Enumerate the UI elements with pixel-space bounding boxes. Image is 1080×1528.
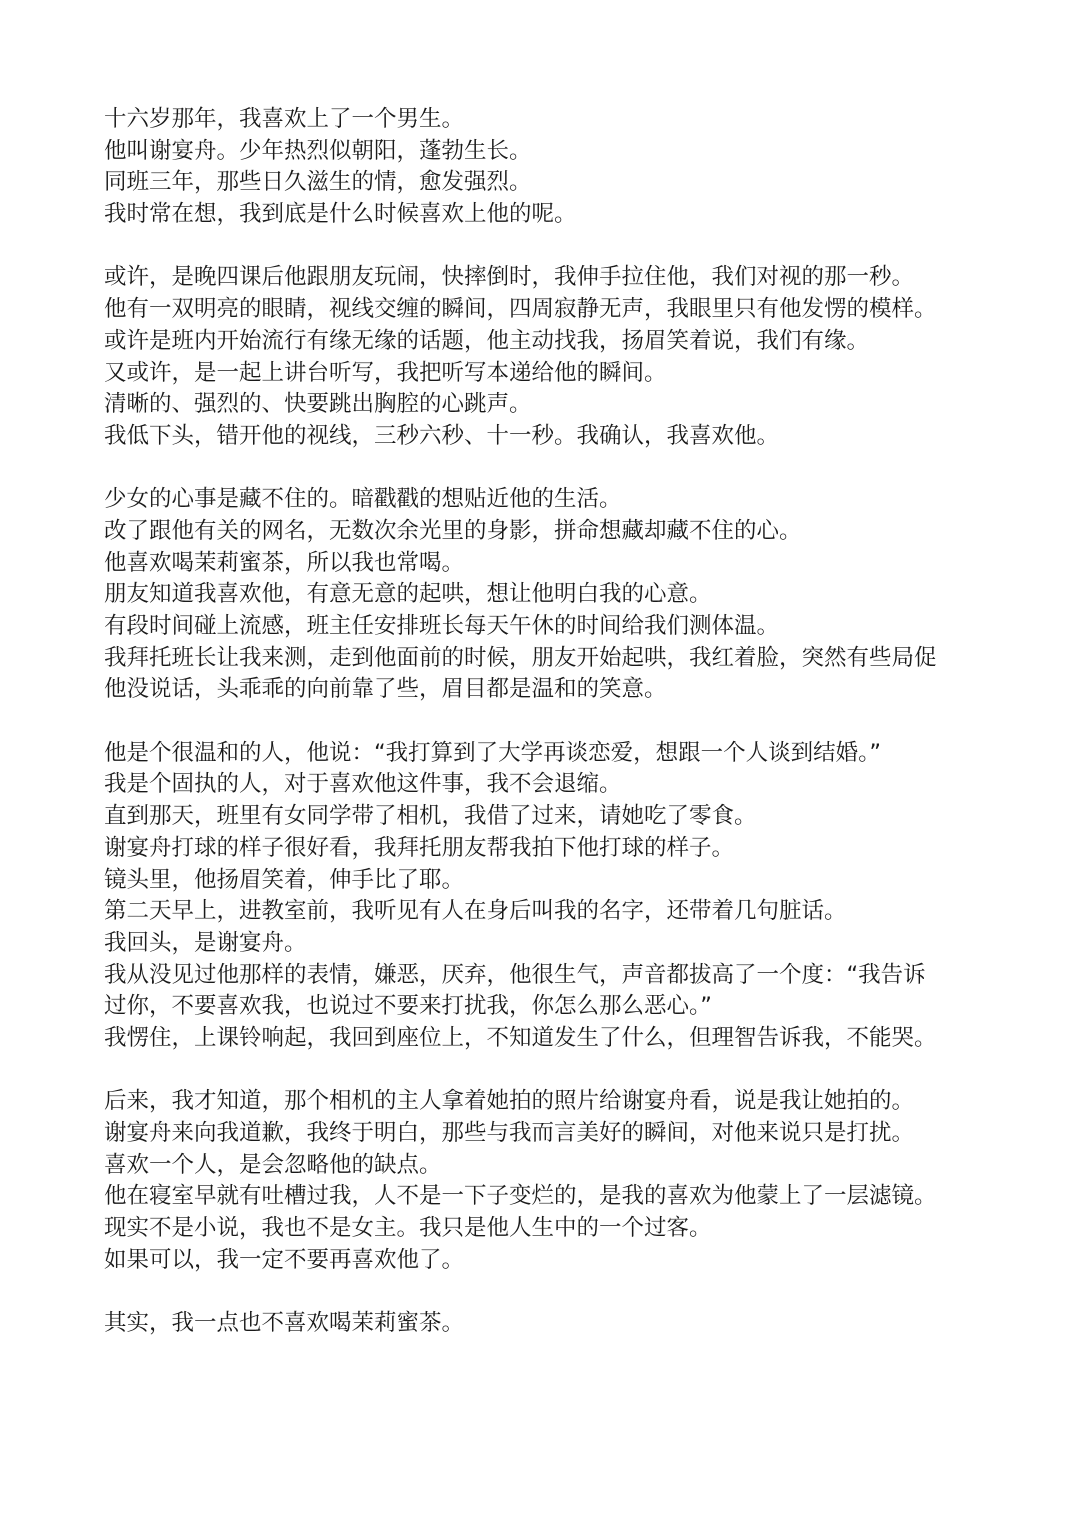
paragraph-2: 或许，是晚四课后他跟朋友玩闹，快摔倒时，我伸手拉住他，我们对视的那一秒。 他有一… — [104, 262, 1004, 452]
text-line: 镜头里，他扬眉笑着，伸手比了耶。 — [104, 865, 1004, 897]
text-line: 清晰的、强烈的、快要跳出胸腔的心跳声。 — [104, 389, 1004, 421]
text-line: 同班三年，那些日久滋生的情，愈发强烈。 — [104, 167, 1004, 199]
text-line: 我时常在想，我到底是什么时候喜欢上他的呢。 — [104, 199, 1004, 231]
text-line: 十六岁那年，我喜欢上了一个男生。 — [104, 104, 1004, 136]
text-line: 其实，我一点也不喜欢喝茉莉蜜茶。 — [104, 1308, 1004, 1340]
paragraph-1: 十六岁那年，我喜欢上了一个男生。 他叫谢宴舟。少年热烈似朝阳，蓬勃生长。 同班三… — [104, 104, 1004, 231]
text-line: 后来，我才知道，那个相机的主人拿着她拍的照片给谢宴舟看，说是我让她拍的。 — [104, 1086, 1004, 1118]
text-line: 我愣住，上课铃响起，我回到座位上，不知道发生了什么，但理智告诉我，不能哭。 — [104, 1023, 1004, 1055]
text-line: 他喜欢喝茉莉蜜茶，所以我也常喝。 — [104, 548, 1004, 580]
text-line: 他没说话，头乖乖的向前靠了些，眉目都是温和的笑意。 — [104, 674, 1004, 706]
paragraph-6: 其实，我一点也不喜欢喝茉莉蜜茶。 — [104, 1308, 1004, 1340]
text-line: 或许是班内开始流行有缘无缘的话题，他主动找我，扬眉笑着说，我们有缘。 — [104, 326, 1004, 358]
story-document: 十六岁那年，我喜欢上了一个男生。 他叫谢宴舟。少年热烈似朝阳，蓬勃生长。 同班三… — [104, 104, 1004, 1372]
text-line: 他叫谢宴舟。少年热烈似朝阳，蓬勃生长。 — [104, 136, 1004, 168]
text-line: 谢宴舟打球的样子很好看，我拜托朋友帮我拍下他打球的样子。 — [104, 833, 1004, 865]
paragraph-4: 他是个很温和的人，他说：“我打算到了大学再谈恋爱，想跟一个人谈到结婚。” 我是个… — [104, 738, 1004, 1055]
text-line: 朋友知道我喜欢他，有意无意的起哄，想让他明白我的心意。 — [104, 579, 1004, 611]
text-line: 我低下头，错开他的视线，三秒六秒、十一秒。我确认，我喜欢他。 — [104, 421, 1004, 453]
text-line: 他在寝室早就有吐槽过我，人不是一下子变烂的，是我的喜欢为他蒙上了一层滤镜。 — [104, 1181, 1004, 1213]
paragraph-3: 少女的心事是藏不住的。暗戳戳的想贴近他的生活。 改了跟他有关的网名，无数次余光里… — [104, 484, 1004, 706]
text-line: 又或许，是一起上讲台听写，我把听写本递给他的瞬间。 — [104, 358, 1004, 390]
text-line: 我从没见过他那样的表情，嫌恶，厌弃，他很生气，声音都拔高了一个度：“我告诉 — [104, 960, 1004, 992]
text-line: 谢宴舟来向我道歉，我终于明白，那些与我而言美好的瞬间，对他来说只是打扰。 — [104, 1118, 1004, 1150]
text-line: 他是个很温和的人，他说：“我打算到了大学再谈恋爱，想跟一个人谈到结婚。” — [104, 738, 1004, 770]
text-line: 现实不是小说，我也不是女主。我只是他人生中的一个过客。 — [104, 1213, 1004, 1245]
text-line: 如果可以，我一定不要再喜欢他了。 — [104, 1245, 1004, 1277]
text-line: 或许，是晚四课后他跟朋友玩闹，快摔倒时，我伸手拉住他，我们对视的那一秒。 — [104, 262, 1004, 294]
text-line: 少女的心事是藏不住的。暗戳戳的想贴近他的生活。 — [104, 484, 1004, 516]
text-line: 直到那天，班里有女同学带了相机，我借了过来，请她吃了零食。 — [104, 801, 1004, 833]
text-line: 我拜托班长让我来测，走到他面前的时候，朋友开始起哄，我红着脸，突然有些局促 — [104, 643, 1004, 675]
text-line: 喜欢一个人，是会忽略他的缺点。 — [104, 1150, 1004, 1182]
text-line: 有段时间碰上流感，班主任安排班长每天午休的时间给我们测体温。 — [104, 611, 1004, 643]
text-line: 第二天早上，进教室前，我听见有人在身后叫我的名字，还带着几句脏话。 — [104, 896, 1004, 928]
text-line: 他有一双明亮的眼睛，视线交缠的瞬间，四周寂静无声，我眼里只有他发愣的模样。 — [104, 294, 1004, 326]
paragraph-5: 后来，我才知道，那个相机的主人拿着她拍的照片给谢宴舟看，说是我让她拍的。 谢宴舟… — [104, 1086, 1004, 1276]
text-line: 我是个固执的人，对于喜欢他这件事，我不会退缩。 — [104, 769, 1004, 801]
text-line: 我回头，是谢宴舟。 — [104, 928, 1004, 960]
text-line: 过你，不要喜欢我，也说过不要来打扰我，你怎么那么恶心。” — [104, 991, 1004, 1023]
text-line: 改了跟他有关的网名，无数次余光里的身影，拼命想藏却藏不住的心。 — [104, 516, 1004, 548]
